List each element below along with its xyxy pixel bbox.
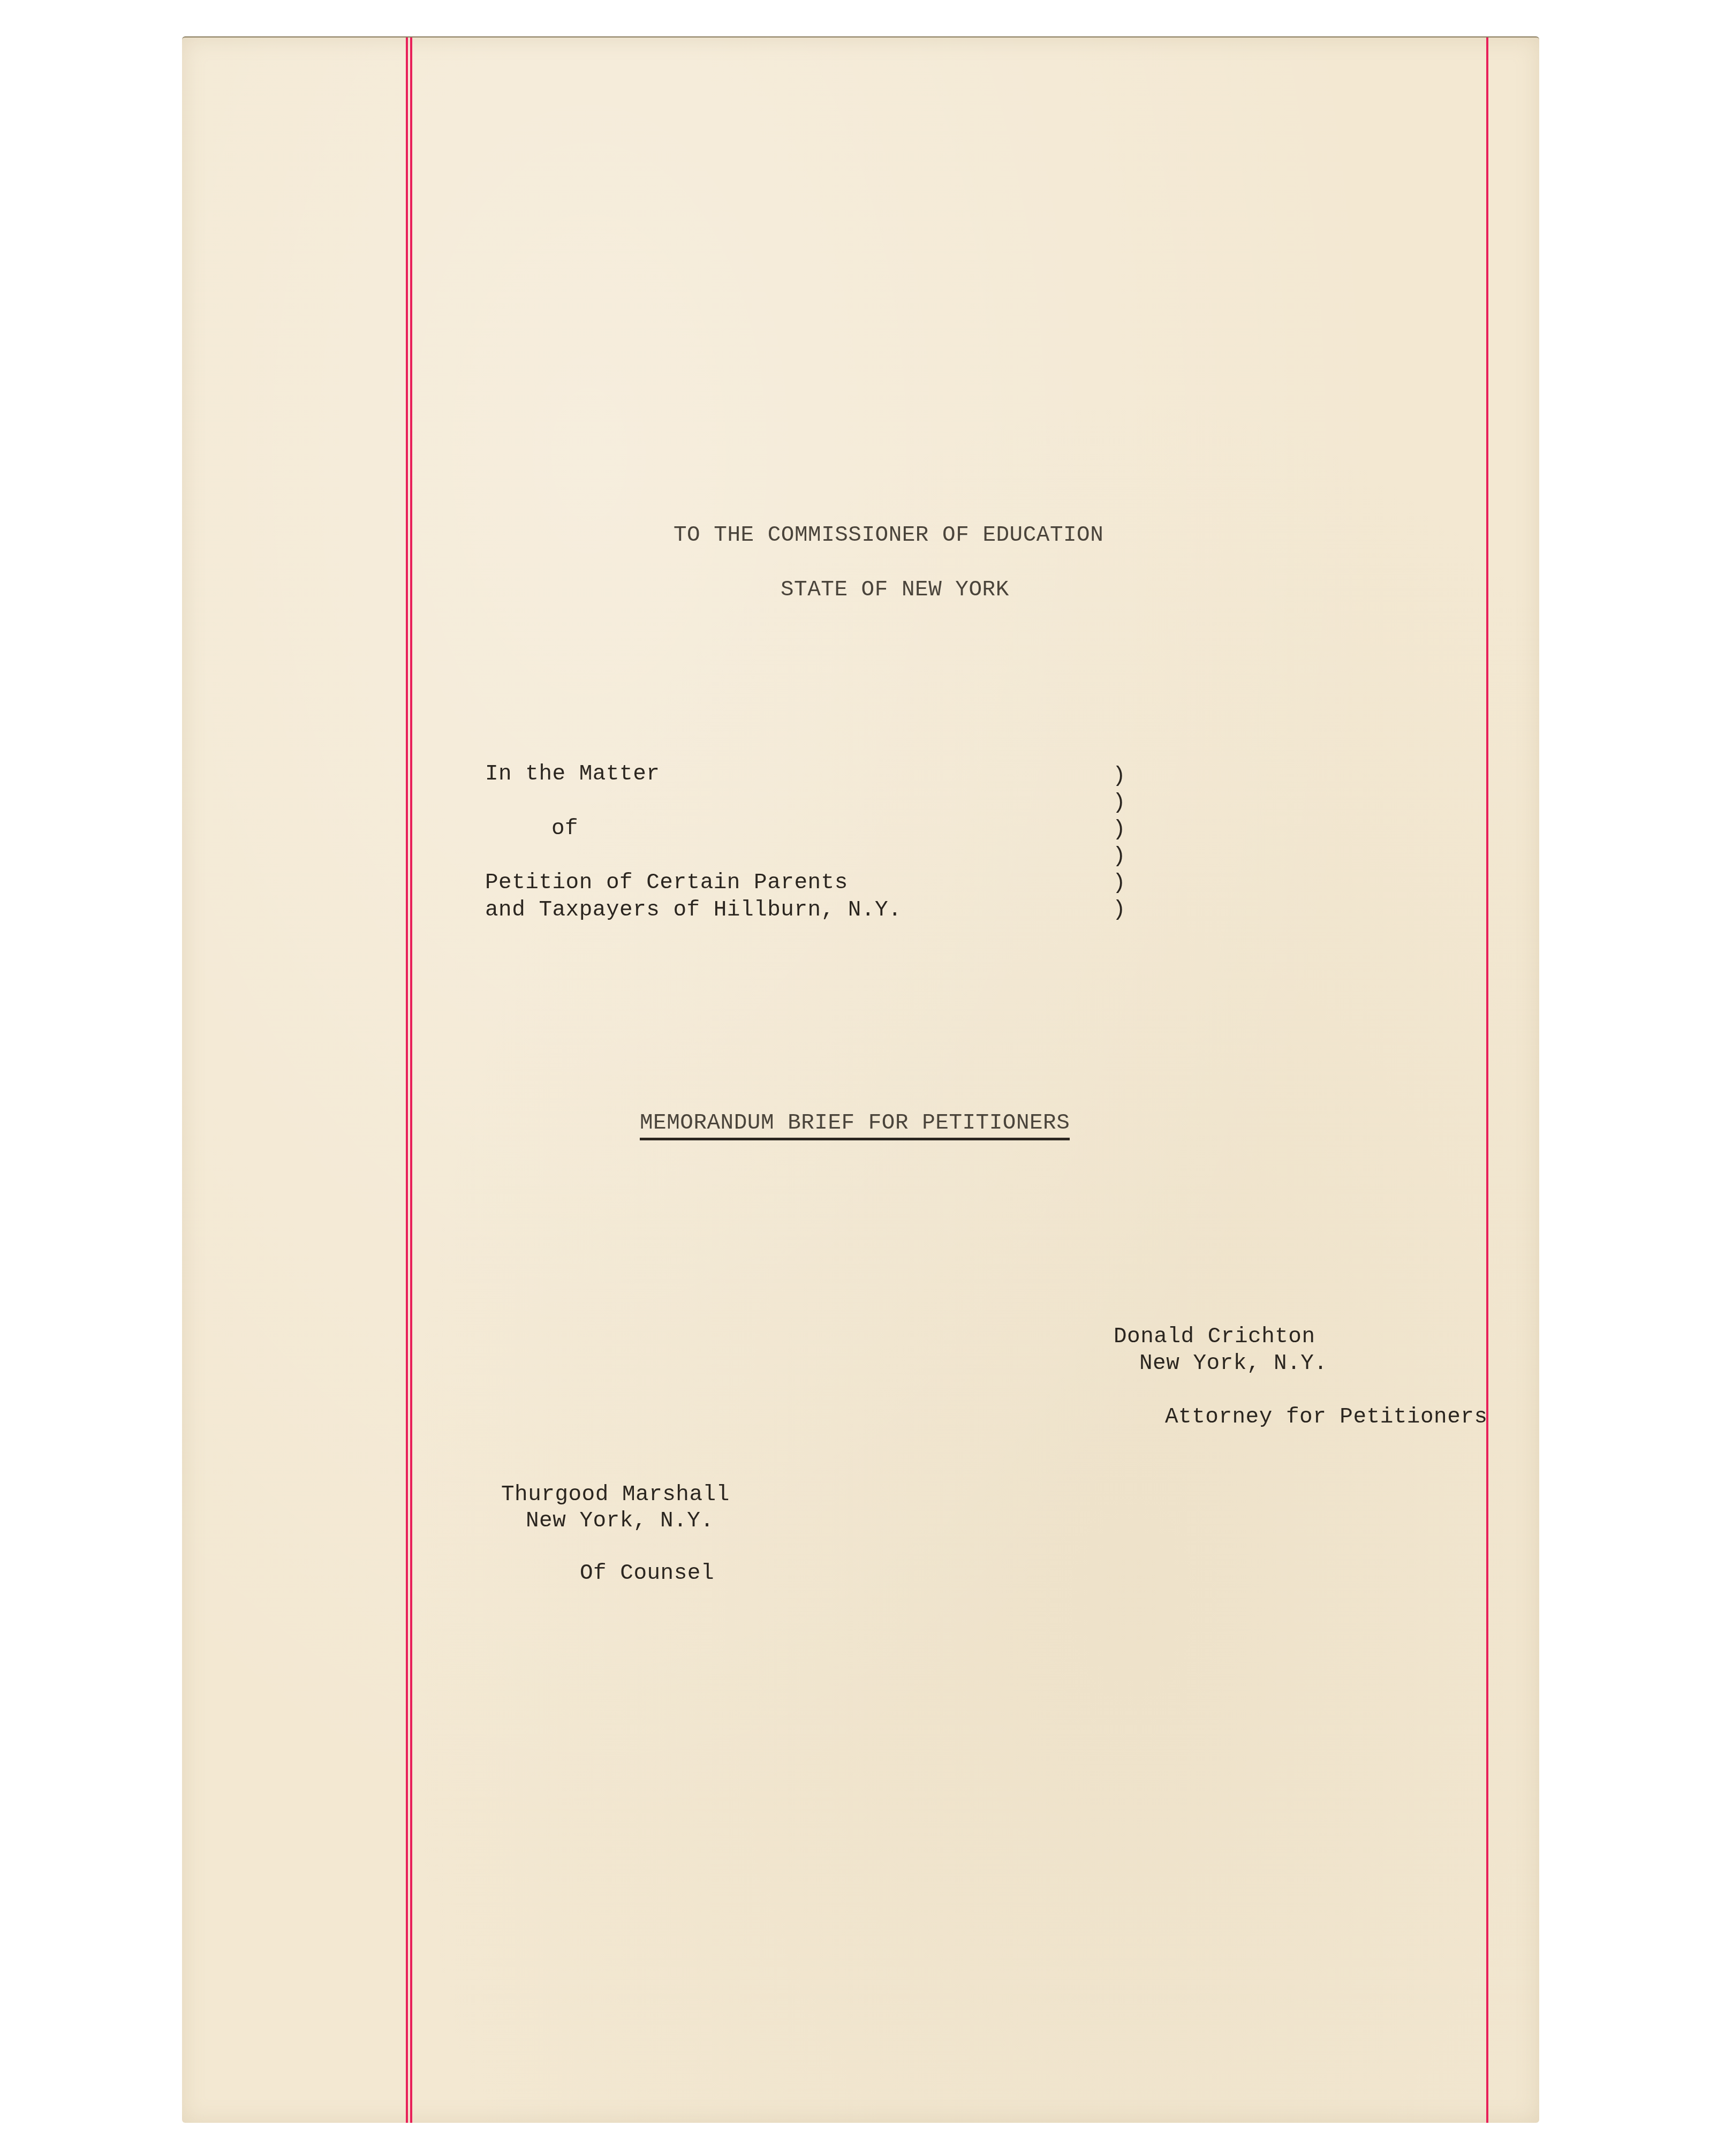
heading-line-2: STATE OF NEW YORK: [781, 579, 1009, 601]
left-margin-line-inner: [410, 37, 412, 2123]
caption-petition: Petition of Certain Parents: [485, 872, 848, 894]
document-page: [182, 36, 1539, 2123]
counsel-location: New York, N.Y.: [526, 1510, 714, 1532]
heading-line-1: TO THE COMMISSIONER OF EDUCATION: [674, 525, 1103, 547]
caption-bracket: ): [1113, 819, 1126, 841]
caption-bracket: ): [1113, 846, 1126, 868]
brief-title: MEMORANDUM BRIEF FOR PETITIONERS: [640, 1113, 1070, 1140]
attorney-name: Donald Crichton: [1114, 1326, 1315, 1348]
counsel-role: Of Counsel: [580, 1563, 714, 1585]
caption-taxpayers: and Taxpayers of Hillburn, N.Y.: [485, 899, 902, 921]
caption-in-the-matter: In the Matter: [485, 763, 660, 785]
right-margin-line: [1486, 37, 1488, 2123]
caption-bracket: ): [1113, 899, 1126, 921]
caption-bracket: ): [1113, 792, 1126, 814]
caption-of: of: [551, 818, 578, 840]
caption-bracket: ): [1113, 873, 1126, 895]
attorney-location: New York, N.Y.: [1139, 1353, 1327, 1375]
left-margin-line: [406, 37, 408, 2123]
attorney-role: Attorney for Petitioners: [1165, 1406, 1488, 1428]
counsel-name: Thurgood Marshall: [501, 1484, 730, 1506]
caption-bracket: ): [1113, 766, 1126, 788]
